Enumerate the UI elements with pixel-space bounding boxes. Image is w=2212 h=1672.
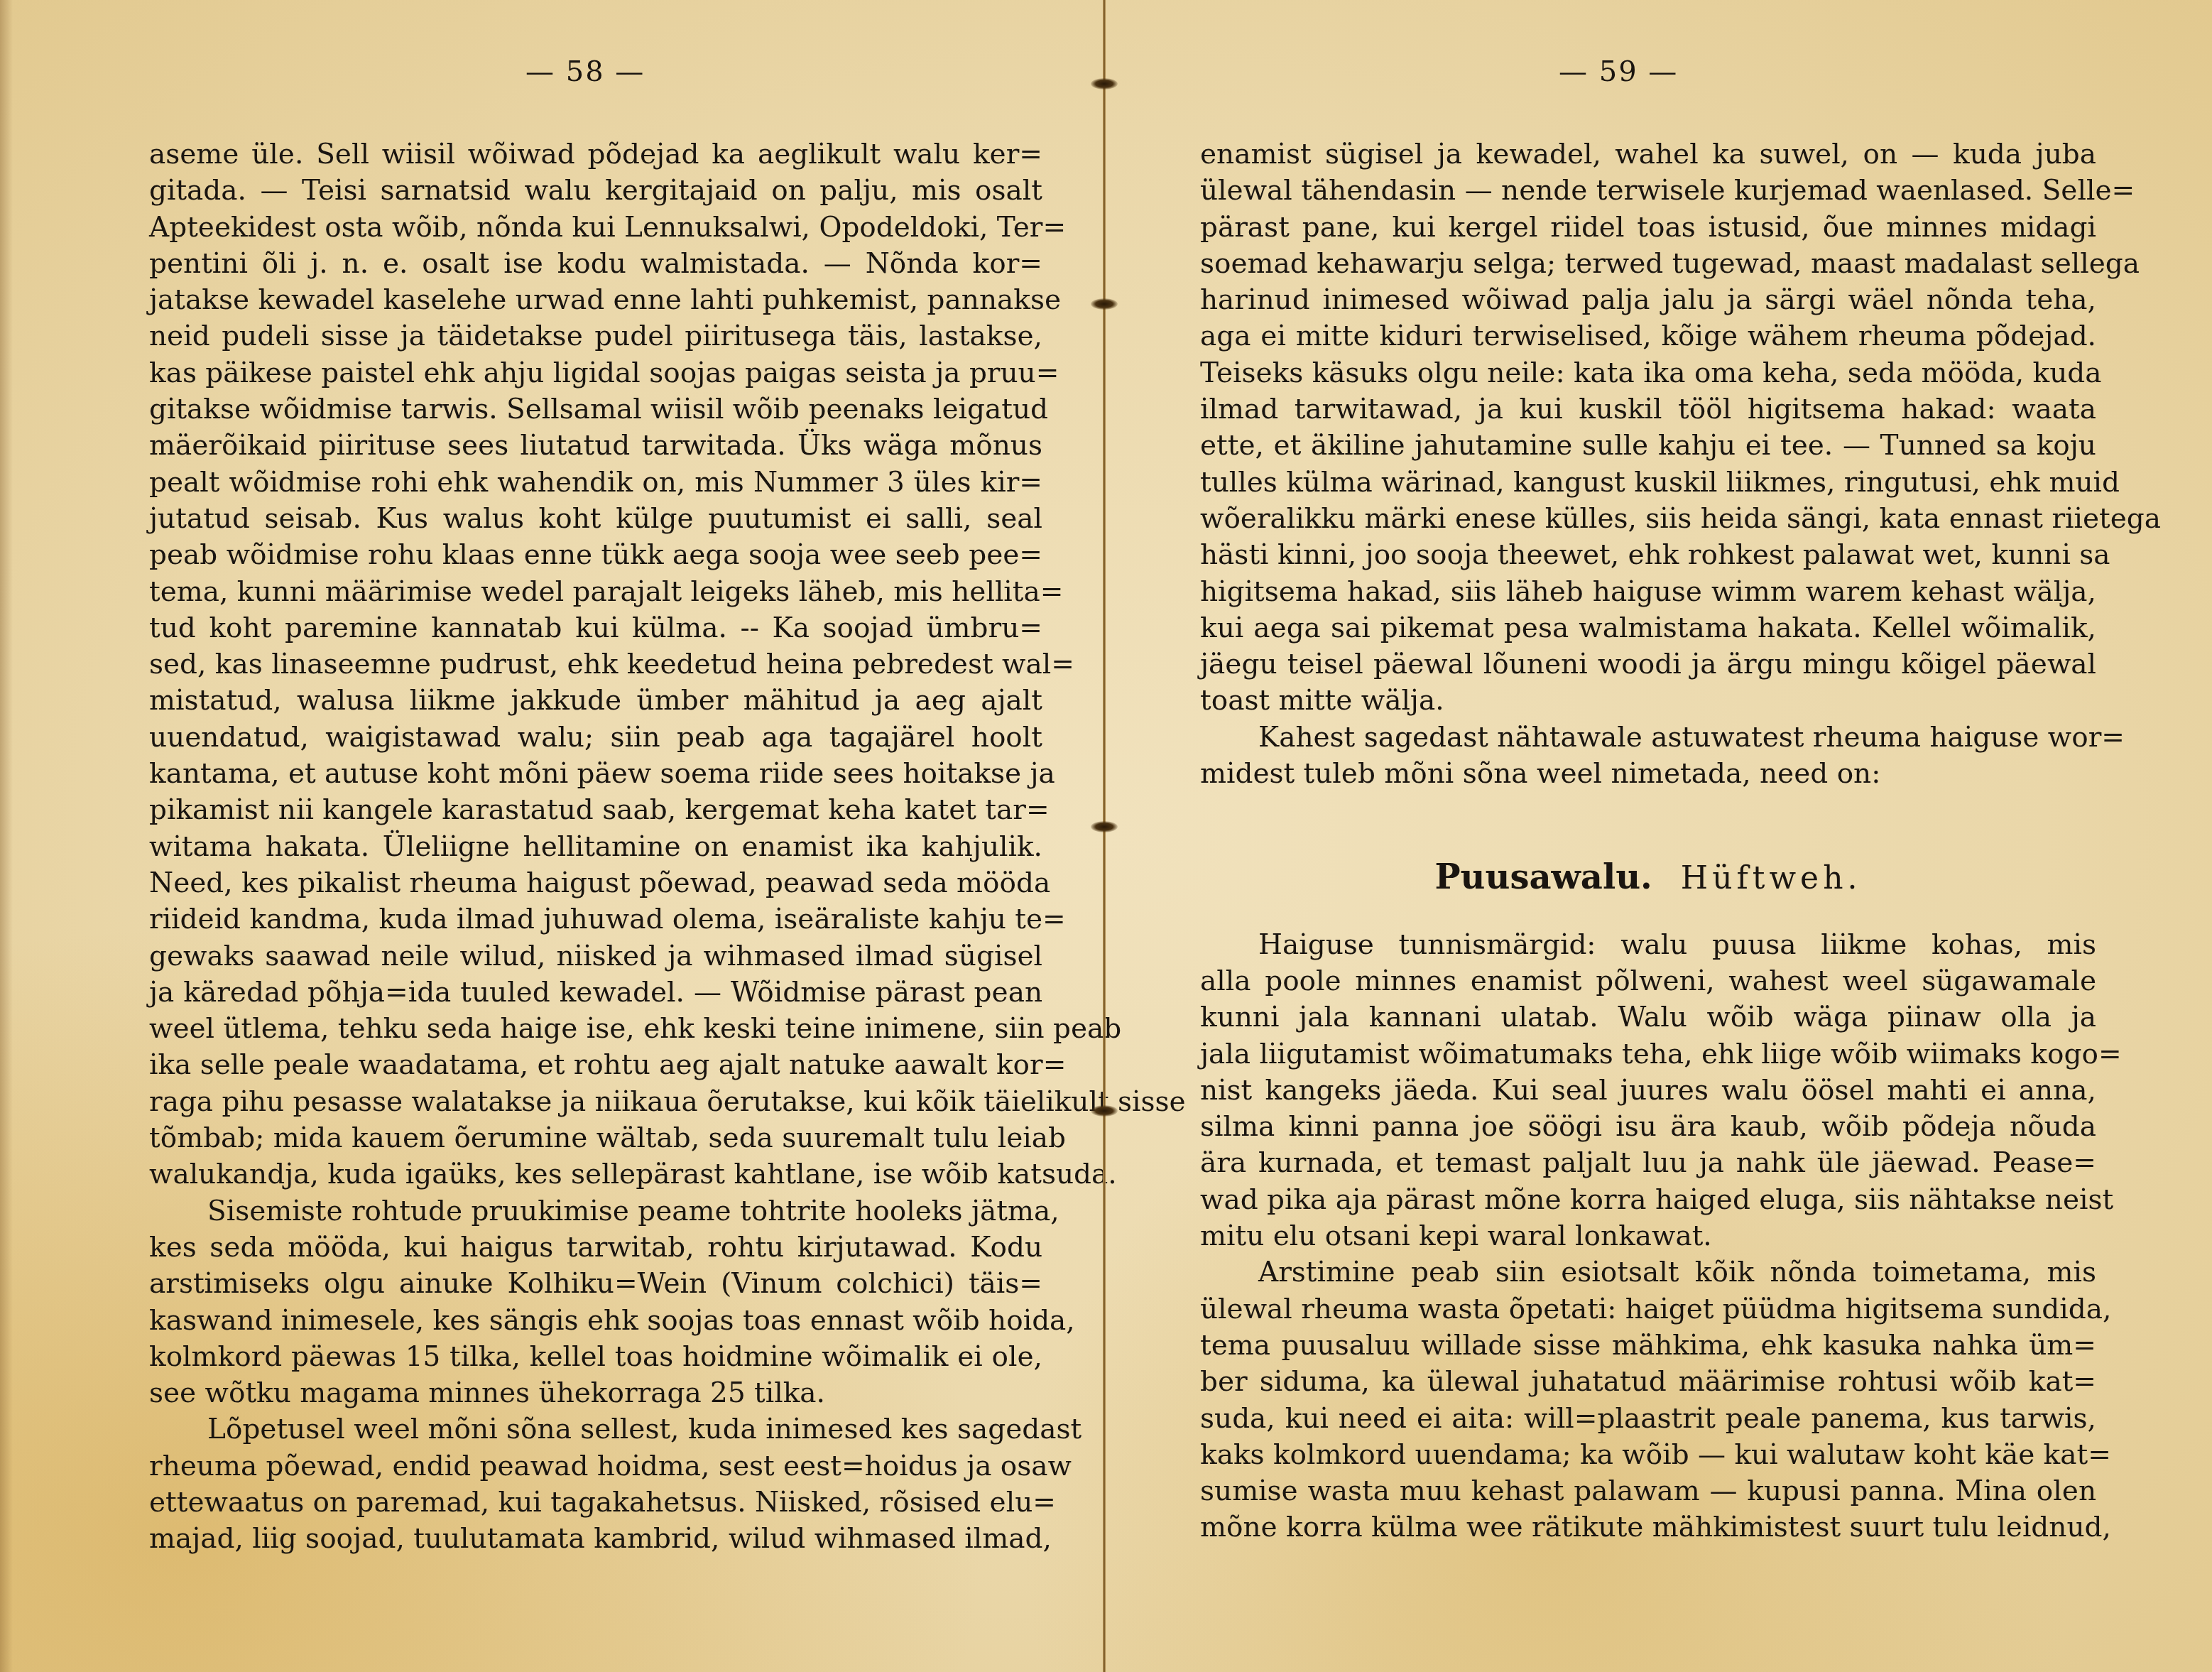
text-line: mistatud, walusa liikme jakkude ümber mä… xyxy=(149,683,1042,719)
text-line: Apteekidest osta wõib, nõnda kui Lennuks… xyxy=(149,210,1042,246)
text-line: sed, kas linaseemne pudrust, ehk keedetu… xyxy=(149,646,1042,683)
text-line: tõmbab; mida kauem õerumine wältab, seda… xyxy=(149,1120,1042,1156)
paragraph-start-line: Sisemiste rohtude pruukimise peame tohtr… xyxy=(149,1193,1042,1229)
paragraph-start-line: Haiguse tunnismärgid: walu puusa liikme … xyxy=(1200,927,2096,963)
text-line: jäegu teisel päewal lõuneni woodi ja ärg… xyxy=(1200,646,2096,683)
paragraph-start-line: Kahest sagedast nähtawale astuwatest rhe… xyxy=(1200,720,2096,756)
page-number-right: — 59 — xyxy=(1559,55,1678,88)
paragraph-start-line: Arstimine peab siin esiotsalt kõik nõnda… xyxy=(1200,1254,2096,1291)
text-line: soemad kehawarju selga; terwed tugewad, … xyxy=(1200,246,2096,282)
text-line: Teiseks käsuks olgu neile: kata ika oma … xyxy=(1200,355,2096,391)
text-line: mõne korra külma wee rätikute mähkimiste… xyxy=(1200,1509,2096,1546)
text-line: pikamist nii kangele karastatud saab, ke… xyxy=(149,792,1042,828)
text-line: pealt wõidmise rohi ehk wahendik on, mis… xyxy=(149,465,1042,501)
text-line: tema puusaluu willade sisse mähkima, ehk… xyxy=(1200,1328,2096,1364)
text-line: gitakse wõidmise tarwis. Sellsamal wiisi… xyxy=(149,391,1042,428)
text-line: alla poole minnes enamist põlweni, wahes… xyxy=(1200,963,2096,999)
text-line: kui aega sai pikemat pesa walmistama hak… xyxy=(1200,610,2096,646)
text-line: kolmkord päewas 15 tilka, kellel toas ho… xyxy=(149,1339,1042,1375)
text-line: higitsema hakad, siis läheb haiguse wimm… xyxy=(1200,574,2096,610)
book-spread: — 58 — aseme üle. Sell wiisil wõiwad põd… xyxy=(0,0,2212,1672)
paragraph-start-line: Lõpetusel weel mõni sõna sellest, kuda i… xyxy=(149,1411,1042,1448)
text-line: jatakse kewadel kaselehe urwad enne laht… xyxy=(149,282,1042,318)
text-line: gewaks saawad neile wilud, niisked ja wi… xyxy=(149,938,1042,975)
text-line: ja käredad põhja=ida tuuled kewadel. — W… xyxy=(149,975,1042,1011)
text-line: raga pihu pesasse walatakse ja niikaua õ… xyxy=(149,1084,1042,1120)
text-line: ülewal rheuma wasta õpetati: haiget püüd… xyxy=(1200,1291,2096,1328)
text-line: uuendatud, waigistawad walu; siin peab a… xyxy=(149,720,1042,756)
section-title: Puusawalu. xyxy=(1435,857,1652,897)
text-line: ilmad tarwitawad, ja kui kuskil tööl hig… xyxy=(1200,391,2096,428)
left-page: — 58 — aseme üle. Sell wiisil wõiwad põd… xyxy=(0,0,1106,1672)
text-line: kunni jala kannani ulatab. Walu wõib wäg… xyxy=(1200,999,2096,1036)
text-line: kas päikese paistel ehk ahju ligidal soo… xyxy=(149,355,1042,391)
text-line: kaswand inimesele, kes sängis ehk soojas… xyxy=(149,1303,1042,1339)
text-line: jala liigutamist wõimatumaks teha, ehk l… xyxy=(1200,1036,2096,1073)
text-line: tulles külma wärinad, kangust kuskil lii… xyxy=(1200,465,2096,501)
text-line: pärast pane, kui kergel riidel toas istu… xyxy=(1200,210,2096,246)
text-line: mitu elu otsani kepi waral lonkawat. xyxy=(1200,1218,2096,1254)
text-line: peab wõidmise rohu klaas enne tükk aega … xyxy=(149,537,1042,573)
text-line: hästi kinni, joo sooja theewet, ehk rohk… xyxy=(1200,537,2096,573)
text-line: jutatud seisab. Kus walus koht külge puu… xyxy=(149,501,1042,537)
text-line: rheuma põewad, endid peawad hoidma, sest… xyxy=(149,1448,1042,1484)
text-line: ber siduma, ka ülewal juhatatud määrimis… xyxy=(1200,1364,2096,1400)
text-line: kes seda mööda, kui haigus tarwitab, roh… xyxy=(149,1229,1042,1266)
text-line: aga ei mitte kiduri terwiselised, kõige … xyxy=(1200,318,2096,354)
text-line: harinud inimesed wõiwad palja jalu ja sä… xyxy=(1200,282,2096,318)
text-line: kantama, et autuse koht mõni päew soema … xyxy=(149,756,1042,792)
section-heading: Puusawalu. Hüftweh. xyxy=(1200,849,2096,906)
text-line: tud koht paremine kannatab kui külma. --… xyxy=(149,610,1042,646)
text-line: nist kangeks jäeda. Kui seal juures walu… xyxy=(1200,1073,2096,1109)
text-line: tema, kunni määrimise wedel parajalt lei… xyxy=(149,574,1042,610)
text-line: Need, kes pikalist rheuma haigust põewad… xyxy=(149,865,1042,901)
text-line: majad, liig soojad, tuulutamata kambrid,… xyxy=(149,1521,1042,1557)
text-line: suda, kui need ei aita: will=plaastrit p… xyxy=(1200,1401,2096,1437)
text-line: ära kurnada, et temast paljalt luu ja na… xyxy=(1200,1145,2096,1181)
text-line: see wõtku magama minnes ühekorraga 25 ti… xyxy=(149,1375,1042,1411)
left-page-body: aseme üle. Sell wiisil wõiwad põdejad ka… xyxy=(149,136,1042,1558)
right-page-body: enamist sügisel ja kewadel, wahel ka suw… xyxy=(1200,136,2096,1546)
text-line: arstimiseks olgu ainuke Kolhiku=Wein (Vi… xyxy=(149,1266,1042,1302)
text-line: wad pika aja pärast mõne korra haiged el… xyxy=(1200,1182,2096,1218)
text-line: witama hakata. Üleliigne hellitamine on … xyxy=(149,829,1042,865)
text-line: riideid kandma, kuda ilmad juhuwad olema… xyxy=(149,901,1042,938)
text-line: mäerõikaid piirituse sees liutatud tarwi… xyxy=(149,428,1042,464)
text-line: kaks kolmkord uuendama; ka wõib — kui wa… xyxy=(1200,1437,2096,1473)
text-line: midest tuleb mõni sõna weel nimetada, ne… xyxy=(1200,756,2096,792)
text-line: walukandja, kuda igaüks, kes sellepärast… xyxy=(149,1156,1042,1193)
section-subtitle: Hüftweh. xyxy=(1681,860,1862,896)
text-line: neid pudeli sisse ja täidetakse pudel pi… xyxy=(149,318,1042,354)
text-line: toast mitte wälja. xyxy=(1200,683,2096,719)
text-line: weel ütlema, tehku seda haige ise, ehk k… xyxy=(149,1011,1042,1047)
text-line: pentini õli j. n. e. osalt ise kodu walm… xyxy=(149,246,1042,282)
text-line: silma kinni panna joe söögi isu ära kaub… xyxy=(1200,1109,2096,1145)
text-line: ettewaatus on paremad, kui tagakahetsus.… xyxy=(149,1484,1042,1521)
page-number-left: — 58 — xyxy=(525,55,645,88)
text-line: aseme üle. Sell wiisil wõiwad põdejad ka… xyxy=(149,136,1042,173)
text-line: wõeralikku märki enese külles, siis heid… xyxy=(1200,501,2096,537)
spacer xyxy=(1200,792,2096,828)
text-line: gitada. — Teisi sarnatsid walu kergitaja… xyxy=(149,173,1042,209)
text-line: ika selle peale waadatama, et rohtu aeg … xyxy=(149,1047,1042,1083)
text-line: ette, et äkiline jahutamine sulle kahju … xyxy=(1200,428,2096,464)
text-line: sumise wasta muu kehast palawam — kupusi… xyxy=(1200,1473,2096,1509)
text-line: enamist sügisel ja kewadel, wahel ka suw… xyxy=(1200,136,2096,173)
text-line: ülewal tähendasin — nende terwisele kurj… xyxy=(1200,173,2096,209)
